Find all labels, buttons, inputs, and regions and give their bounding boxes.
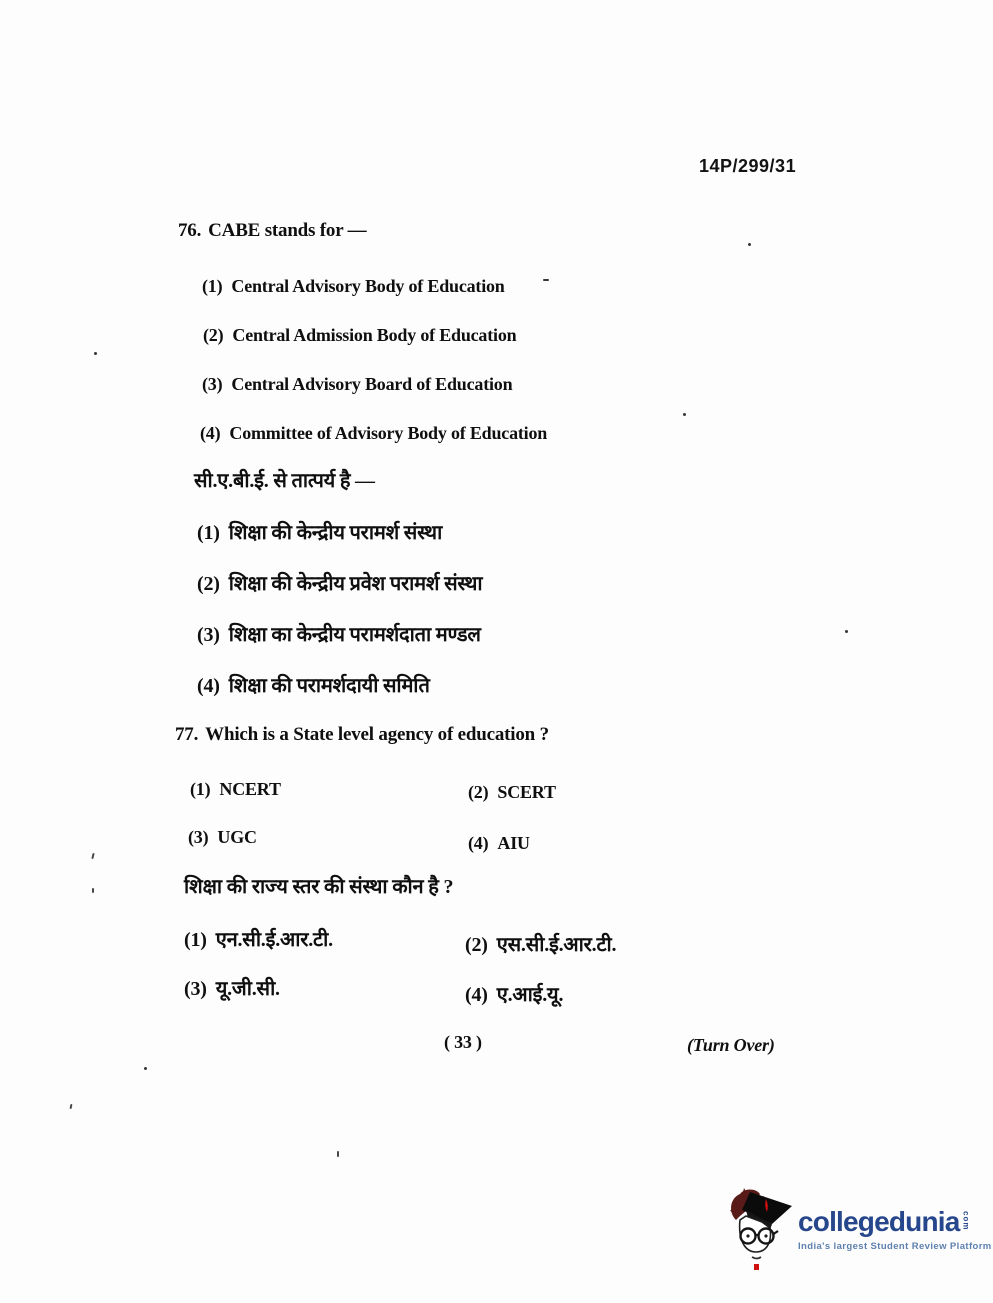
option-label: UGC [217,827,256,847]
option-label: Committee of Advisory Body of Education [229,423,547,443]
option-number: (4) [200,423,220,443]
q76-option-1-en: (1)Central Advisory Body of Education [202,276,505,297]
collegedunia-brand-text: collegedunia [798,1208,960,1236]
collegedunia-tld-text: com [962,1211,971,1230]
option-label: एस.सी.ई.आर.टी. [497,934,617,956]
page-number: ( 33 ) [444,1032,482,1053]
collegedunia-mascot-icon [726,1186,796,1270]
scan-speck [845,630,848,633]
question-77-heading: 77.Which is a State level agency of educ… [175,724,549,746]
collegedunia-logo: collegedunia com India's largest Student… [726,1186,988,1274]
option-label: Central Admission Body of Education [232,325,516,345]
option-label: SCERT [497,782,555,802]
option-number: (4) [468,833,488,853]
scan-speck [543,279,549,281]
option-label: शिक्षा का केन्द्रीय परामर्शदाता मण्डल [229,624,481,646]
q77-option-3-en: (3)UGC [188,827,257,848]
scan-speck [92,888,94,893]
scan-speck [337,1151,339,1157]
q77-option-2-en: (2)SCERT [468,782,556,803]
question-76-text-en: CABE stands for — [208,220,366,241]
scan-speck [683,413,686,416]
option-label: NCERT [219,779,280,799]
question-76-heading: 76.CABE stands for — [178,220,366,242]
option-number: (3) [202,374,222,394]
option-number: (2) [197,573,220,595]
question-77-number: 77. [175,724,198,745]
question-76-text-hi: सी.ए.बी.ई. से तात्पर्य है — [194,466,375,493]
q76-option-1-hi: (1)शिक्षा की केन्द्रीय परामर्श संस्था [197,518,442,545]
q77-option-3-hi: (3)यू.जी.सी. [184,974,280,1001]
option-label: Central Advisory Body of Education [231,276,504,296]
option-label: यू.जी.सी. [216,978,280,1000]
option-number: (2) [468,782,488,802]
q77-option-1-hi: (1)एन.सी.ई.आर.टी. [184,925,333,952]
option-label: Central Advisory Board of Education [231,374,512,394]
q76-option-3-hi: (3)शिक्षा का केन्द्रीय परामर्शदाता मण्डल [197,620,481,647]
option-label: शिक्षा की केन्द्रीय प्रवेश परामर्श संस्थ… [229,573,483,595]
q77-option-4-en: (4)AIU [468,833,530,854]
question-76-number: 76. [178,220,201,241]
scan-speck [91,853,94,859]
q76-option-4-en: (4)Committee of Advisory Body of Educati… [200,423,547,444]
scan-speck [94,352,97,355]
option-label: ए.आई.यू. [497,984,564,1006]
q76-option-4-hi: (4)शिक्षा की परामर्शदायी समिति [197,671,430,698]
option-number: (3) [188,827,208,847]
option-number: (3) [197,624,220,646]
option-number: (1) [202,276,222,296]
option-label: शिक्षा की परामर्शदायी समिति [229,675,430,697]
q76-option-3-en: (3)Central Advisory Board of Education [202,374,512,395]
option-number: (3) [184,978,207,1000]
scanned-exam-page: 14P/299/31 76.CABE stands for — (1)Centr… [0,0,993,1303]
scan-speck [748,243,751,246]
turn-over-note: (Turn Over) [687,1035,775,1056]
option-number: (4) [465,984,488,1006]
option-number: (4) [197,675,220,697]
q77-option-1-en: (1)NCERT [190,779,281,800]
q76-option-2-hi: (2)शिक्षा की केन्द्रीय प्रवेश परामर्श सं… [197,569,482,596]
option-label: AIU [497,833,529,853]
option-label: शिक्षा की केन्द्रीय परामर्श संस्था [229,522,442,544]
option-number: (1) [184,929,207,951]
collegedunia-tagline: India's largest Student Review Platform [798,1241,992,1252]
q77-option-4-hi: (4)ए.आई.यू. [465,980,563,1007]
option-label: एन.सी.ई.आर.टी. [216,929,333,951]
option-number: (2) [465,934,488,956]
scan-speck [70,1104,73,1109]
question-77-text-en: Which is a State level agency of educati… [205,724,549,745]
option-number: (2) [203,325,223,345]
question-77-text-hi: शिक्षा की राज्य स्तर की संस्था कौन है ? [184,872,453,899]
option-number: (1) [197,522,220,544]
q76-option-2-en: (2)Central Admission Body of Education [203,325,516,346]
option-number: (1) [190,779,210,799]
scan-speck [144,1067,147,1070]
q77-option-2-hi: (2)एस.सी.ई.आर.टी. [465,930,616,957]
paper-code: 14P/299/31 [699,156,796,177]
